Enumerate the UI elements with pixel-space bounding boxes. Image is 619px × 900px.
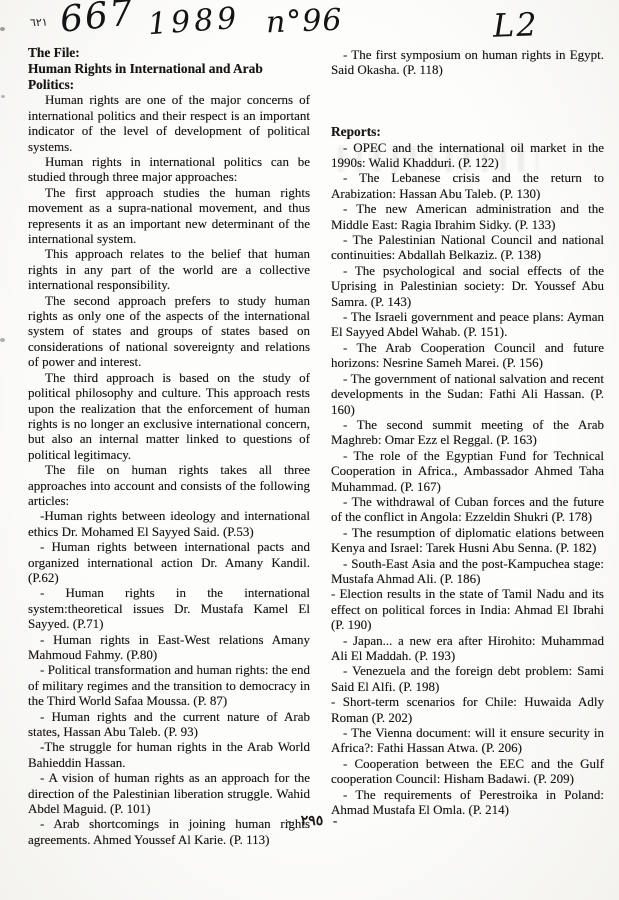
article-entry: - Human rights between international pac… [28, 539, 310, 585]
report-entry: - The resumption of diplomatic elations … [331, 525, 604, 556]
page-number: - ٢٩٥ - [262, 813, 362, 830]
article-entry: - Human rights in East-West relations Am… [28, 632, 310, 663]
report-entry: - Short-term scenarios for Chile: Huwaid… [331, 694, 604, 725]
intro-paragraph: The first approach studies the human rig… [28, 185, 310, 247]
left-column: The File: Human Rights in International … [28, 45, 310, 847]
article-entry: -The struggle for human rights in the Ar… [28, 739, 310, 770]
report-entry: - The Lebanese crisis and the return to … [331, 170, 604, 201]
handwritten-year: 1989 [147, 1, 242, 42]
file-title: Human Rights in International and Arab P… [28, 61, 310, 93]
report-entry: - The Israeli government and peace plans… [331, 309, 604, 340]
handwritten-corner-number: ٦٢١ [30, 16, 48, 30]
right-column: - The first symposium on human rights in… [331, 47, 604, 817]
intro-paragraph: Human rights in international politics c… [28, 154, 310, 185]
article-entry: - The first symposium on human rights in… [331, 47, 604, 78]
report-entry: - The government of national salvation a… [331, 371, 604, 417]
article-entry: - Human rights in the international syst… [28, 585, 310, 631]
report-entry: - The second summit meeting of the Arab … [331, 417, 604, 448]
intro-paragraph: This approach relates to the belief that… [28, 246, 310, 292]
section-heading-reports: Reports: [331, 124, 604, 140]
report-entry: - The Arab Cooperation Council and futur… [331, 340, 604, 371]
report-entry: - Election results in the state of Tamil… [331, 586, 604, 632]
report-entry: - Cooperation between the EEC and the Gu… [331, 756, 604, 787]
article-entry: -Human rights between ideology and inter… [28, 508, 310, 539]
report-entry: - The withdrawal of Cuban forces and the… [331, 494, 604, 525]
article-entry: - A vision of human rights as an approac… [28, 770, 310, 816]
article-entry: - Political transformation and human rig… [28, 662, 310, 708]
report-entry: - The Vienna document: will it ensure se… [331, 725, 604, 756]
report-entry: - The role of the Egyptian Fund for Tech… [331, 448, 604, 494]
handwritten-issue-number: 667 [58, 0, 137, 41]
report-entry: - OPEC and the international oil market … [331, 140, 604, 171]
report-entry: - Venezuela and the foreign debt problem… [331, 663, 604, 694]
handwritten-code: L2 [492, 5, 539, 45]
intro-paragraph: The second approach prefers to study hum… [28, 293, 310, 370]
report-entry: - The new American administration and th… [331, 201, 604, 232]
intro-paragraph: The file on human rights takes all three… [28, 462, 310, 508]
scanned-journal-page: ٦٢١ 667 1989 n°96 L2 The File: Human Rig… [0, 0, 619, 900]
intro-paragraph: The third approach is based on the study… [28, 370, 310, 462]
report-entry: - The psychological and social effects o… [331, 263, 604, 309]
scan-speck [0, 338, 5, 342]
scan-speck [0, 27, 5, 31]
report-entry: - The requirements of Perestroika in Pol… [331, 787, 604, 818]
handwritten-edition-number: n°96 [265, 3, 343, 41]
report-entry: - South-East Asia and the post-Kampuchea… [331, 556, 604, 587]
report-entry: - Japan... a new era after Hirohito: Muh… [331, 633, 604, 664]
report-entry: - The Palestinian National Council and n… [331, 232, 604, 263]
section-heading-the-file: The File: [28, 45, 310, 61]
intro-paragraph: Human rights are one of the major concer… [28, 92, 310, 154]
article-entry: - Human rights and the current nature of… [28, 709, 310, 740]
scan-speck [1, 95, 5, 98]
